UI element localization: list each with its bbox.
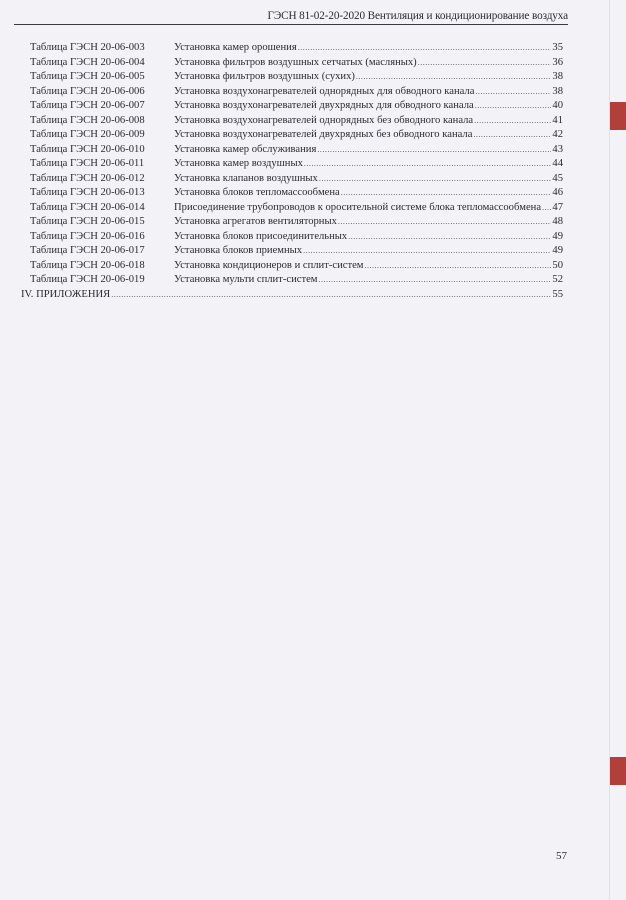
table-of-contents: Таблица ГЭСН 20-06-003Установка камер ор… xyxy=(0,41,626,302)
toc-table-code: Таблица ГЭСН 20-06-017 xyxy=(30,244,145,259)
toc-leader-dots xyxy=(348,230,551,245)
toc-leader-dots xyxy=(475,85,551,100)
toc-entry-page: 49 xyxy=(552,230,563,245)
toc-row[interactable]: Таблица ГЭСН 20-06-004Установка фильтров… xyxy=(0,56,626,71)
toc-entry-title: Установка воздухонагревателей однорядных… xyxy=(174,114,473,129)
toc-entry: Установка воздухонагревателей двухрядных… xyxy=(174,128,563,143)
toc-row[interactable]: Таблица ГЭСН 20-06-015Установка агрегато… xyxy=(0,215,626,230)
toc-entry: Установка блоков присоединительных49 xyxy=(174,230,563,245)
toc-entry-page: 38 xyxy=(552,70,563,85)
toc-table-code: Таблица ГЭСН 20-06-009 xyxy=(30,128,145,143)
toc-entry-title: Установка агрегатов вентиляторных xyxy=(174,215,337,230)
toc-leader-dots xyxy=(474,114,551,129)
toc-row[interactable]: Таблица ГЭСН 20-06-014Присоединение труб… xyxy=(0,201,626,216)
toc-entry-page: 35 xyxy=(552,41,563,56)
toc-entry: Установка камер орошения35 xyxy=(174,41,563,56)
toc-entry: Установка блоков тепломассообмена46 xyxy=(174,186,563,201)
toc-leader-dots xyxy=(338,215,552,230)
toc-entry: Установка фильтров воздушных (сухих)38 xyxy=(174,70,563,85)
toc-entry: Установка кондиционеров и сплит-систем50 xyxy=(174,259,563,274)
toc-table-code: Таблица ГЭСН 20-06-008 xyxy=(30,114,145,129)
toc-leader-dots xyxy=(111,288,551,303)
toc-leader-dots xyxy=(475,99,552,114)
toc-table-code: Таблица ГЭСН 20-06-013 xyxy=(30,186,145,201)
toc-leader-dots xyxy=(298,41,552,56)
toc-table-code: Таблица ГЭСН 20-06-003 xyxy=(30,41,145,56)
toc-table-code: Таблица ГЭСН 20-06-005 xyxy=(30,70,145,85)
toc-table-code: Таблица ГЭСН 20-06-011 xyxy=(30,157,144,172)
toc-entry: Установка фильтров воздушных сетчатых (м… xyxy=(174,56,563,71)
toc-entry-title: Установка блоков присоединительных xyxy=(174,230,347,245)
toc-entry-page: 47 xyxy=(552,201,563,216)
toc-entry-title: Установка воздухонагревателей двухрядных… xyxy=(174,128,472,143)
toc-leader-dots xyxy=(319,172,552,187)
toc-leader-dots xyxy=(365,259,552,274)
toc-row[interactable]: Таблица ГЭСН 20-06-005Установка фильтров… xyxy=(0,70,626,85)
toc-entry-title: Установка воздухонагревателей однорядных… xyxy=(174,85,474,100)
toc-entry: Установка агрегатов вентиляторных48 xyxy=(174,215,563,230)
toc-entry-title: Установка камер воздушных xyxy=(174,157,303,172)
toc-table-code: Таблица ГЭСН 20-06-006 xyxy=(30,85,145,100)
toc-row[interactable]: Таблица ГЭСН 20-06-008Установка воздухон… xyxy=(0,114,626,129)
toc-entry-title: Установка воздухонагревателей двухрядных… xyxy=(174,99,474,114)
toc-table-code: Таблица ГЭСН 20-06-014 xyxy=(30,201,145,216)
toc-row[interactable]: Таблица ГЭСН 20-06-013Установка блоков т… xyxy=(0,186,626,201)
toc-row[interactable]: Таблица ГЭСН 20-06-019Установка мульти с… xyxy=(0,273,626,288)
toc-row[interactable]: Таблица ГЭСН 20-06-012Установка клапанов… xyxy=(0,172,626,187)
toc-entry: Установка камер воздушных44 xyxy=(174,157,563,172)
toc-entry-page: 48 xyxy=(552,215,563,230)
toc-entry-page: 36 xyxy=(552,56,563,71)
toc-table-code: Таблица ГЭСН 20-06-015 xyxy=(30,215,145,230)
toc-table-code: Таблица ГЭСН 20-06-018 xyxy=(30,259,145,274)
toc-section-title: IV. ПРИЛОЖЕНИЯ xyxy=(21,288,110,303)
toc-entry-title: Присоединение трубопроводов к оросительн… xyxy=(174,201,541,216)
toc-table-code: Таблица ГЭСН 20-06-007 xyxy=(30,99,145,114)
toc-row[interactable]: Таблица ГЭСН 20-06-017Установка блоков п… xyxy=(0,244,626,259)
toc-entry-page: 52 xyxy=(552,273,563,288)
toc-entry: Присоединение трубопроводов к оросительн… xyxy=(174,201,563,216)
toc-entry: Установка воздухонагревателей однорядных… xyxy=(174,114,563,129)
toc-row[interactable]: Таблица ГЭСН 20-06-011Установка камер во… xyxy=(0,157,626,172)
toc-table-code: Таблица ГЭСН 20-06-016 xyxy=(30,230,145,245)
toc-leader-dots xyxy=(418,56,552,71)
toc-entry-page: 41 xyxy=(552,114,563,129)
toc-entry-page: 49 xyxy=(552,244,563,259)
section-tab-marker xyxy=(610,757,626,785)
toc-entry-page: 50 xyxy=(552,259,563,274)
toc-entry-page: 44 xyxy=(552,157,563,172)
toc-entry-page: 40 xyxy=(552,99,563,114)
toc-entry-title: Установка блоков тепломассообмена xyxy=(174,186,340,201)
toc-leader-dots xyxy=(304,157,552,172)
toc-row[interactable]: Таблица ГЭСН 20-06-006Установка воздухон… xyxy=(0,85,626,100)
toc-row[interactable]: Таблица ГЭСН 20-06-016Установка блоков п… xyxy=(0,230,626,245)
toc-leader-dots xyxy=(341,186,552,201)
toc-entry-title: Установка камер орошения xyxy=(174,41,297,56)
toc-entry: Установка блоков приемных49 xyxy=(174,244,563,259)
toc-table-code: Таблица ГЭСН 20-06-019 xyxy=(30,273,145,288)
toc-leader-dots xyxy=(303,244,551,259)
toc-entry-page: 43 xyxy=(552,143,563,158)
toc-entry: IV. ПРИЛОЖЕНИЯ55 xyxy=(21,288,563,303)
toc-row[interactable]: Таблица ГЭСН 20-06-007Установка воздухон… xyxy=(0,99,626,114)
toc-table-code: Таблица ГЭСН 20-06-012 xyxy=(30,172,145,187)
toc-entry-title: Установка кондиционеров и сплит-систем xyxy=(174,259,364,274)
toc-row[interactable]: Таблица ГЭСН 20-06-003Установка камер ор… xyxy=(0,41,626,56)
toc-entry-title: Установка блоков приемных xyxy=(174,244,302,259)
toc-entry-page: 45 xyxy=(552,172,563,187)
toc-row[interactable]: Таблица ГЭСН 20-06-010Установка камер об… xyxy=(0,143,626,158)
toc-section-row[interactable]: IV. ПРИЛОЖЕНИЯ55 xyxy=(0,288,626,303)
toc-entry-title: Установка клапанов воздушных xyxy=(174,172,318,187)
toc-row[interactable]: Таблица ГЭСН 20-06-009Установка воздухон… xyxy=(0,128,626,143)
toc-entry-title: Установка фильтров воздушных сетчатых (м… xyxy=(174,56,417,71)
toc-entry: Установка мульти сплит-систем52 xyxy=(174,273,563,288)
toc-entry-title: Установка камер обслуживания xyxy=(174,143,316,158)
toc-table-code: Таблица ГЭСН 20-06-004 xyxy=(30,56,145,71)
toc-row[interactable]: Таблица ГЭСН 20-06-018Установка кондицио… xyxy=(0,259,626,274)
section-tab-marker xyxy=(610,102,626,130)
toc-entry: Установка камер обслуживания43 xyxy=(174,143,563,158)
toc-table-code: Таблица ГЭСН 20-06-010 xyxy=(30,143,145,158)
toc-leader-dots xyxy=(317,143,551,158)
toc-leader-dots xyxy=(356,70,551,85)
toc-entry-title: Установка фильтров воздушных (сухих) xyxy=(174,70,355,85)
toc-entry-title: Установка мульти сплит-систем xyxy=(174,273,318,288)
toc-leader-dots xyxy=(473,128,551,143)
page-number: 57 xyxy=(556,850,567,862)
toc-leader-dots xyxy=(542,201,551,216)
toc-leader-dots xyxy=(319,273,552,288)
toc-section-page: 55 xyxy=(552,288,563,303)
toc-entry-page: 38 xyxy=(552,85,563,100)
toc-entry: Установка воздухонагревателей однорядных… xyxy=(174,85,563,100)
toc-entry: Установка клапанов воздушных45 xyxy=(174,172,563,187)
toc-entry: Установка воздухонагревателей двухрядных… xyxy=(174,99,563,114)
toc-entry-page: 42 xyxy=(552,128,563,143)
toc-entry-page: 46 xyxy=(552,186,563,201)
running-header: ГЭСН 81-02-20-2020 Вентиляция и кондицио… xyxy=(14,10,568,25)
